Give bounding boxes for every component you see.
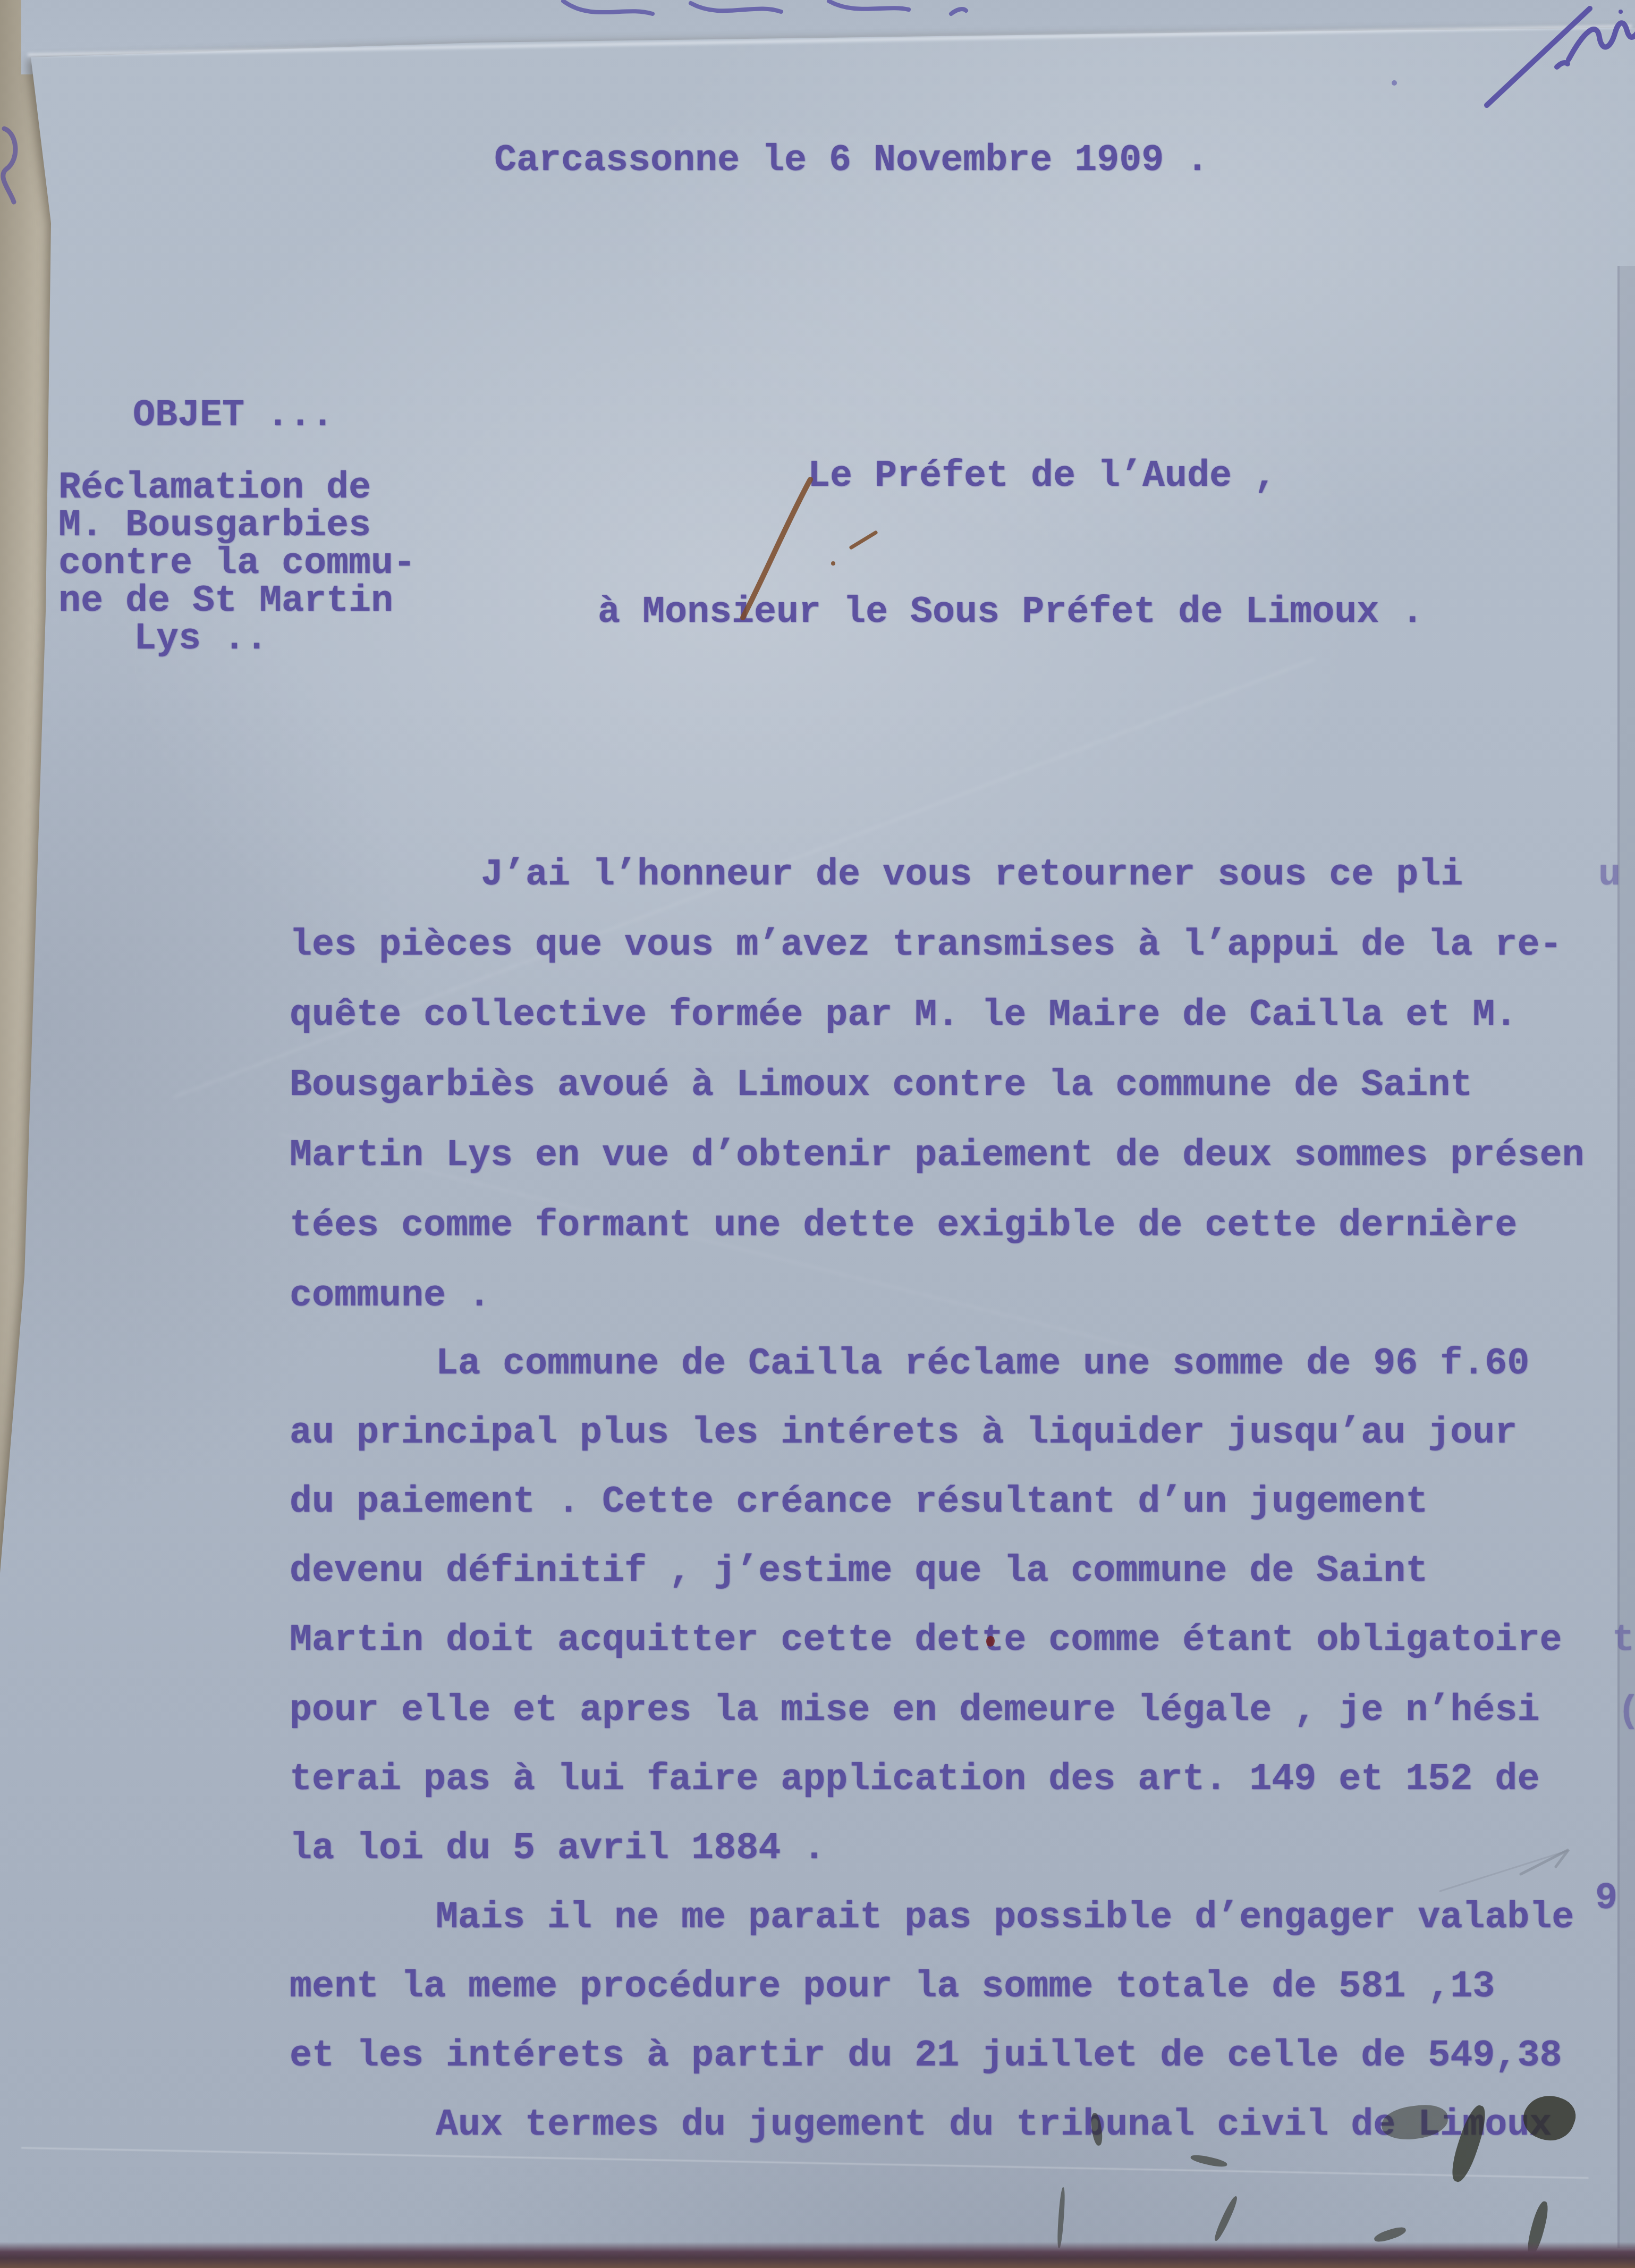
body-line-8: La commune de Cailla réclame une somme d… — [436, 1346, 1529, 1383]
scanned-letter-photo: Carcassonne le 6 Novembre 1909 . OBJET .… — [0, 0, 1635, 2268]
edge-fragment: ( — [1617, 1693, 1635, 1731]
body-line-14: terai pas à lui faire application des ar… — [290, 1761, 1539, 1799]
body-line-12: Martin doit acquitter cette dette comme … — [290, 1622, 1562, 1659]
object-line: M. Bousgarbies — [58, 508, 371, 545]
ink-smudge — [1373, 2225, 1408, 2244]
body-line-16: Mais il ne me parait pas possible d’enga… — [436, 1900, 1574, 1937]
body-line-18: et les intérets à partir du 21 juillet d… — [290, 2038, 1562, 2075]
ink-smudge — [1056, 2187, 1066, 2248]
object-line: contre la commu- — [58, 545, 416, 583]
object-line: Lys .. — [134, 621, 268, 658]
object-line: Réclamation de — [58, 470, 371, 507]
handwriting-left-fragment — [0, 117, 32, 213]
body-line-2: les pièces que vous m’avez transmises à … — [290, 927, 1562, 964]
body-line-11: devenu définitif , j’estime que la commu… — [290, 1553, 1428, 1590]
letter-sheet: Carcassonne le 6 Novembre 1909 . OBJET .… — [0, 0, 1635, 2268]
paper-crease — [21, 2147, 1588, 2179]
table-edge — [0, 2242, 1635, 2268]
body-line-1: J’ai l’honneur de vous retourner sous ce… — [481, 857, 1463, 894]
pen-slash-marks — [733, 468, 903, 627]
letter-paper: Carcassonne le 6 Novembre 1909 . OBJET .… — [0, 0, 1635, 2268]
pencil-arrow — [1408, 1828, 1631, 1903]
body-line-5: Martin Lys en vue d’obtenir paiement de … — [290, 1137, 1584, 1175]
right-fold-shade — [1620, 266, 1635, 2248]
object-label: OBJET ... — [133, 398, 334, 435]
recipient-line: à Monsieur le Sous Préfet de Limoux . — [598, 594, 1424, 631]
body-line-9: au principal plus les intérets à liquide… — [290, 1415, 1517, 1452]
body-line-13: pour elle et apres la mise en demeure lé… — [290, 1692, 1539, 1730]
ink-smudge — [1212, 2195, 1240, 2242]
edge-fragment: t — [1612, 1622, 1634, 1659]
body-line-7: commune . — [290, 1278, 490, 1315]
handwriting-date-note — [1371, 0, 1635, 122]
body-line-17: ment la meme procédure pour la somme tot… — [290, 1969, 1495, 2006]
object-line: ne de St Martin — [58, 583, 393, 620]
dateline: Carcassonne le 6 Novembre 1909 . — [494, 142, 1208, 180]
body-line-15: la loi du 5 avril 1884 . — [290, 1831, 825, 1868]
body-line-4: Bousgarbiès avoué à Limoux contre la com… — [290, 1067, 1472, 1105]
edge-fragment: u — [1598, 857, 1621, 894]
ink-smudge — [1190, 2153, 1228, 2169]
body-line-3: quête collective formée par M. le Maire … — [290, 997, 1517, 1034]
body-line-6: tées comme formant une dette exigible de… — [290, 1208, 1517, 1245]
body-line-10: du paiement . Cette créance résultant d’… — [290, 1484, 1428, 1521]
